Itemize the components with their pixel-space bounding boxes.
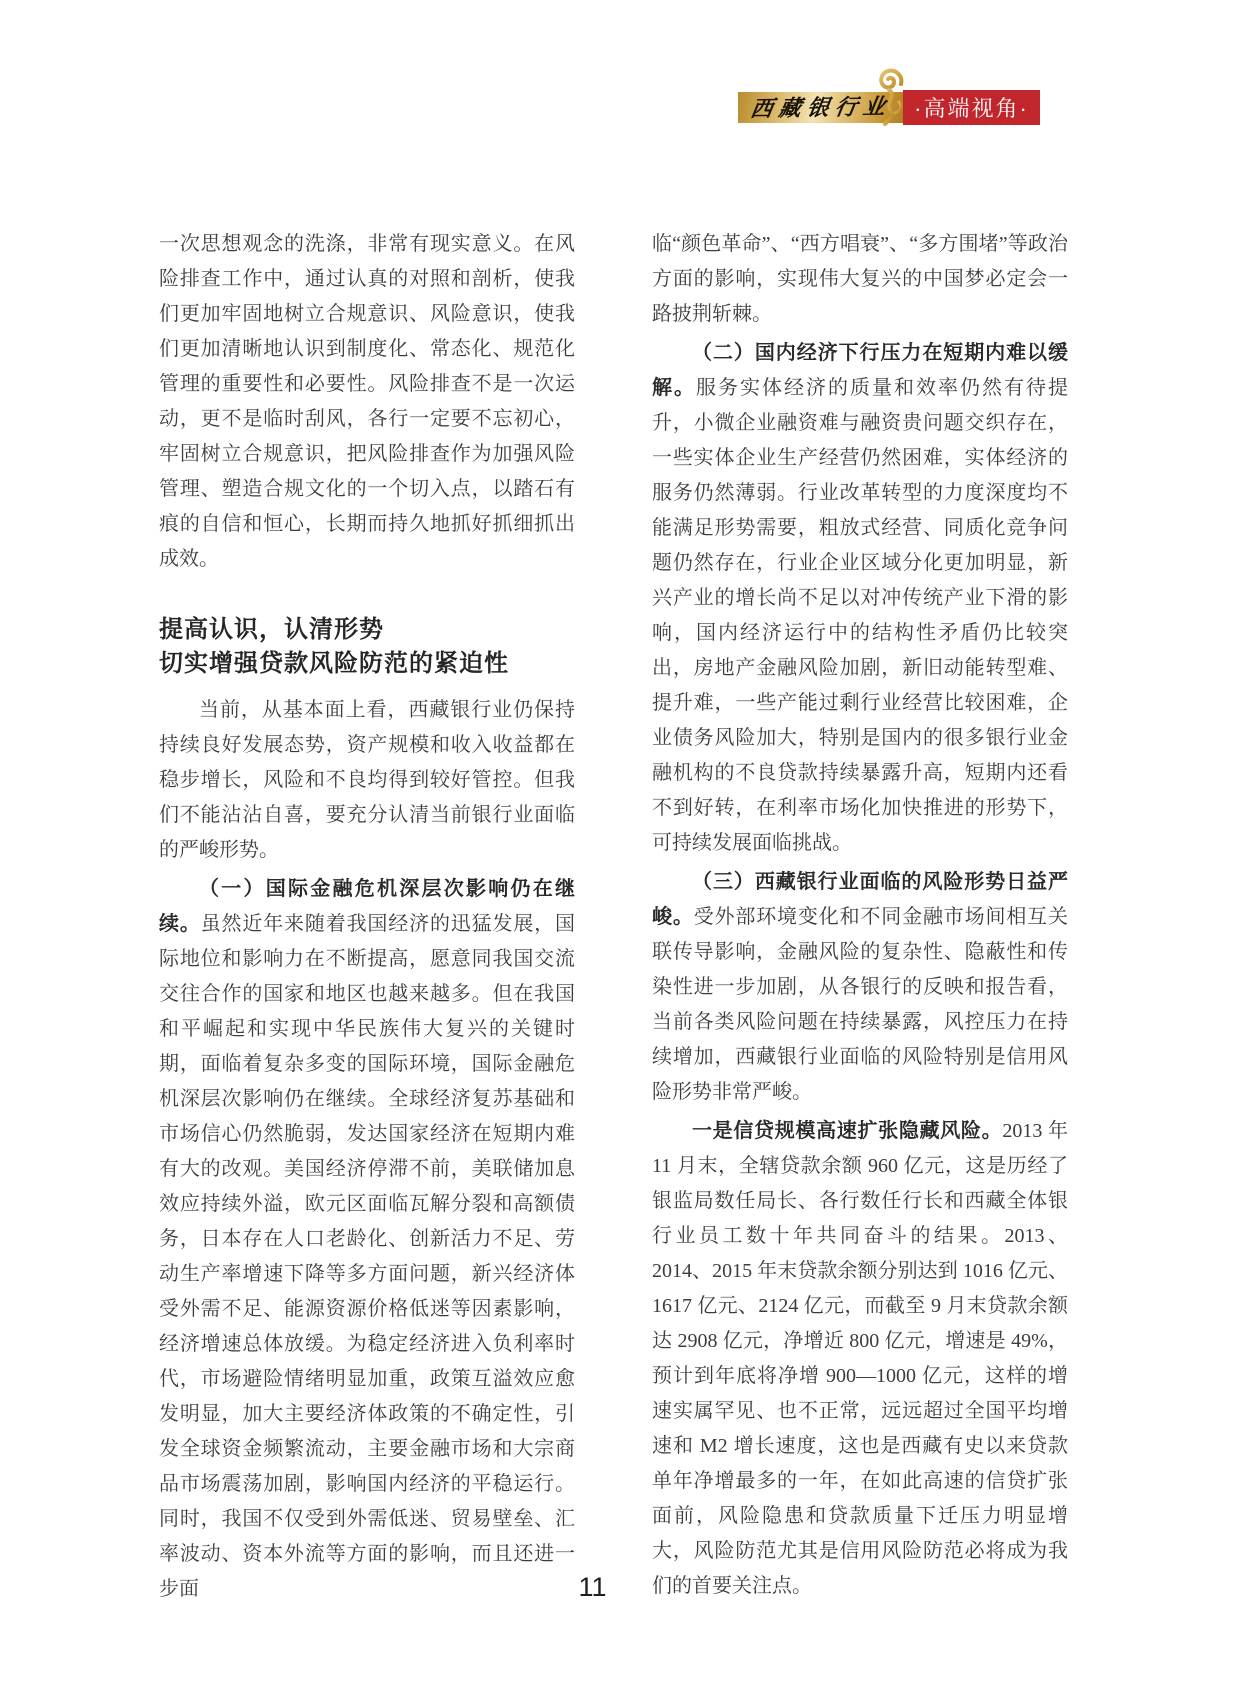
journal-title: 西藏银行业 bbox=[750, 95, 894, 119]
section-2-body: 服务实体经济的质量和效率仍然有待提升，小微企业融资难与融资贵问题交织存在，一些实… bbox=[652, 377, 1068, 854]
point-1-lead: 一是信贷规模高速扩张隐藏风险。 bbox=[692, 1120, 1002, 1142]
section-3-paragraph: （三）西藏银行业面临的风险形势日益严峻。受外部环境变化和不同金融市场间相互关联传… bbox=[652, 865, 1068, 1110]
auspicious-cloud-icon bbox=[874, 66, 912, 130]
section-heading: 提高认识，认清形势 切实增强贷款风险防范的紧迫性 bbox=[159, 613, 575, 681]
column-name: ·高端视角· bbox=[914, 92, 1029, 123]
point-1-paragraph: 一是信贷规模高速扩张隐藏风险。2013 年 11 月末，全辖贷款余额 960 亿… bbox=[652, 1114, 1068, 1604]
section-1-paragraph: （一）国际金融危机深层次影响仍在继续。虽然近年来随着我国经济的迅猛发展，国际地位… bbox=[159, 872, 575, 1607]
left-column: 一次思想观念的洗涤，非常有现实意义。在风险排查工作中，通过认真的对照和剖析，使我… bbox=[159, 227, 575, 1611]
magazine-page: 西藏银行业 ·高端视角· 一次思想观念的洗涤，非常有现实意义。在风险排查工作中，… bbox=[0, 0, 1241, 1684]
point-1-body: 2013 年 11 月末，全辖贷款余额 960 亿元，这是历经了银监局数任局长、… bbox=[652, 1120, 1068, 1597]
intro-paragraph: 当前，从基本面上看，西藏银行业仍保持持续良好发展态势，资产规模和收入收益都在稳步… bbox=[159, 693, 575, 868]
section-heading-line1: 提高认识，认清形势 bbox=[159, 616, 384, 643]
column-name-banner: ·高端视角· bbox=[903, 90, 1040, 125]
section-heading-line2: 切实增强贷款风险防范的紧迫性 bbox=[159, 650, 509, 677]
paragraph-continuation: 临“颜色革命”、“西方唱衰”、“多方围堵”等政治方面的影响，实现伟大复兴的中国梦… bbox=[652, 227, 1068, 332]
paragraph-continuation: 一次思想观念的洗涤，非常有现实意义。在风险排查工作中，通过认真的对照和剖析，使我… bbox=[159, 227, 575, 577]
right-column: 临“颜色革命”、“西方唱衰”、“多方围堵”等政治方面的影响，实现伟大复兴的中国梦… bbox=[652, 227, 1068, 1608]
section-1-body: 虽然近年来随着我国经济的迅猛发展，国际地位和影响力在不断提高，愿意同我国交流交往… bbox=[159, 913, 575, 1600]
section-3-body: 受外部环境变化和不同金融市场间相互关联传导影响，金融风险的复杂性、隐蔽性和传染性… bbox=[652, 906, 1068, 1103]
page-number: 11 bbox=[0, 1572, 1213, 1603]
section-2-paragraph: （二）国内经济下行压力在短期内难以缓解。服务实体经济的质量和效率仍然有待提升，小… bbox=[652, 336, 1068, 861]
